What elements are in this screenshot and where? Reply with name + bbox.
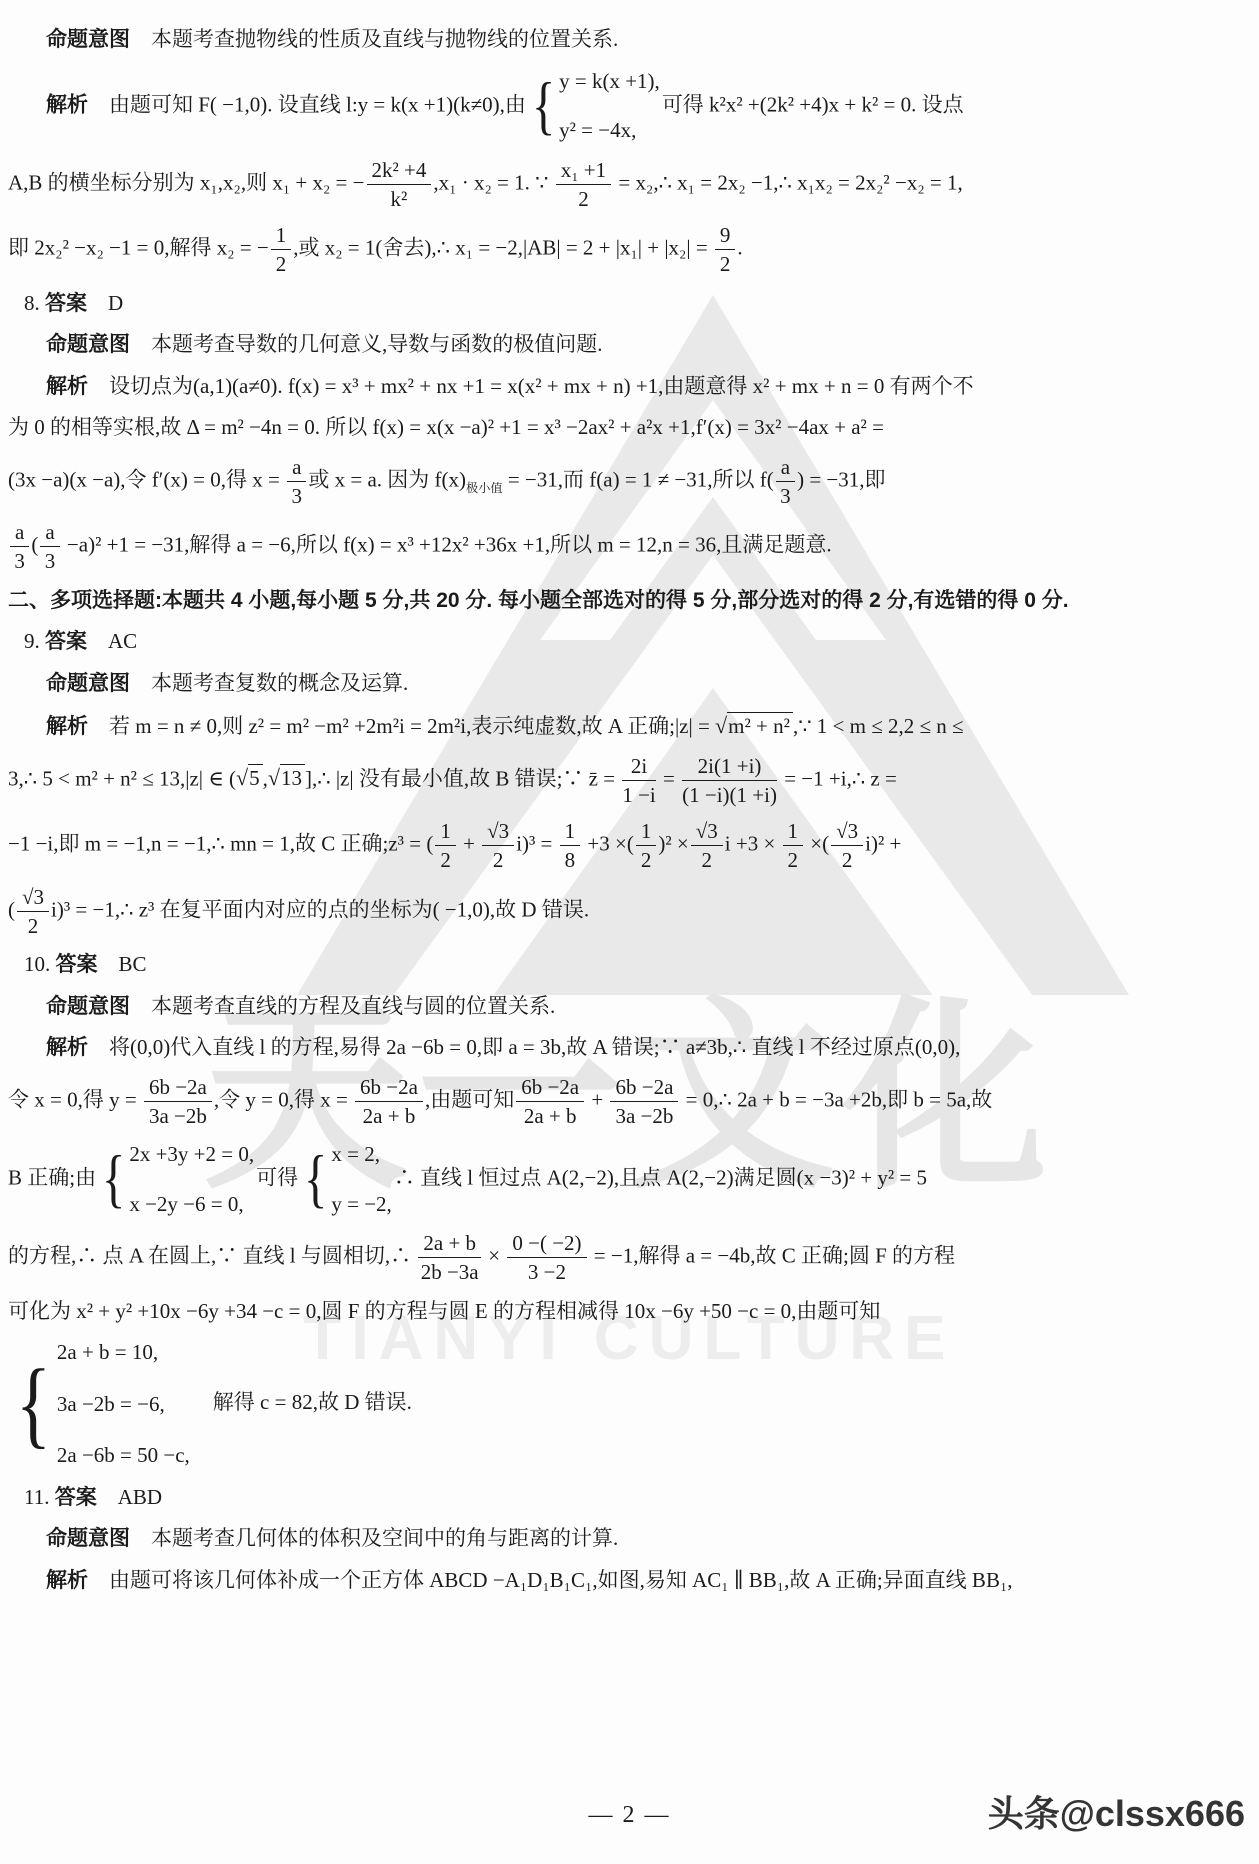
text-line: −1 −i,即 m = −1,n = −1,∴ mn = 1,故 C 正确;z³…: [8, 818, 1251, 874]
text-line: 命题意图 本题考查抛物线的性质及直线与抛物线的位置关系.: [8, 24, 1251, 56]
denominator: 3: [10, 547, 29, 574]
system-rows: x = 2,y = −2,: [331, 1139, 391, 1220]
text-segment: 即 2x₂² −x₂ −1 = 0,解得 x₂ = −: [8, 236, 269, 260]
text-segment: ABD: [97, 1485, 162, 1509]
text-segment: ],∴ |z| 没有最小值,故 B 错误;∵ z̄ =: [305, 766, 620, 790]
numerator: x₁ +1: [556, 157, 611, 185]
numerator: √3: [831, 818, 863, 846]
text-segment: 将(0,0)代入直线 l 的方程,易得 2a −6b = 0,即 a = 3b,…: [88, 1035, 960, 1059]
system-row: 2x +3y +2 = 0,: [129, 1139, 254, 1171]
text-segment: 由题可将该几何体补成一个正方体 ABCD −A₁D₁B₁C₁,如图,易知 AC₁…: [88, 1568, 1013, 1592]
fraction: 12: [781, 818, 806, 874]
equation-system: {x = 2,y = −2,: [300, 1139, 392, 1220]
numerator: 6b −2a: [516, 1074, 584, 1102]
text-line: 3,∴ 5 < m² + n² ≤ 13,|z| ∈ (√5,√13],∴ |z…: [8, 753, 1251, 809]
equation-system: {2x +3y +2 = 0,x −2y −6 = 0,: [98, 1139, 254, 1220]
system-rows: y = k(x +1),y² = −4x,: [559, 66, 660, 147]
text-line: 命题意图 本题考查导数的几何意义,导数与函数的极值问题.: [8, 329, 1251, 361]
system-row: x = 2,: [331, 1139, 391, 1171]
text-segment: ,x₁ · x₂ = 1. ∵: [433, 170, 553, 194]
system-row: 3a −2b = −6,: [57, 1389, 190, 1421]
brace-icon: {: [102, 1156, 125, 1203]
denominator: 3: [776, 482, 795, 509]
radical-icon: √: [236, 765, 248, 790]
text-line: 解析 若 m = n ≠ 0,则 z² = m² −m² +2m²i = 2m²…: [8, 709, 1251, 743]
text-segment: 本题考查抛物线的性质及直线与抛物线的位置关系.: [130, 27, 618, 51]
text-segment: i +3 ×: [725, 832, 781, 856]
numerator: a: [776, 454, 795, 482]
text-line: 令 x = 0,得 y = 6b −2a3a −2b,令 y = 0,得 x =…: [8, 1074, 1251, 1130]
subscript-label: 极小值: [466, 480, 503, 494]
denominator: 3a −2b: [610, 1102, 678, 1129]
text-segment: = 0,∴ 2a + b = −3a +2b,即 b = 5a,故: [680, 1087, 992, 1111]
numerator: a: [40, 519, 59, 547]
bold-label: 命题意图: [46, 672, 130, 695]
text-segment: 8.: [24, 291, 45, 315]
text-segment: = −31,而 f(a) = 1 ≠ −31,所以 f(: [503, 467, 774, 491]
text-line: {2a + b = 10,3a −2b = −6,2a −6b = 50 −c,…: [8, 1337, 1251, 1472]
numerator: 2a + b: [418, 1230, 481, 1258]
text-segment: 若 m = n ≠ 0,则 z² = m² −m² +2m²i = 2m²i,表…: [88, 714, 715, 738]
denominator: 2: [435, 846, 456, 873]
bold-label: 答案: [45, 630, 87, 653]
denominator: 8: [560, 846, 581, 873]
fraction: 2i(1 +i)(1 −i)(1 +i): [680, 753, 779, 809]
bold-label: 答案: [55, 1486, 97, 1509]
text-segment: 本题考查复数的概念及运算.: [130, 671, 408, 695]
fraction: 6b −2a3a −2b: [608, 1074, 680, 1130]
text-line: 命题意图 本题考查几何体的体积及空间中的角与距离的计算.: [8, 1523, 1251, 1555]
text-segment: 设切点为(a,1)(a≠0). f(x) = x³ + mx² + nx +1 …: [88, 374, 974, 398]
numerator: 1: [560, 818, 581, 846]
text-line: (√32i)³ = −1,∴ z³ 在复平面内对应的点的坐标为( −1,0),故…: [8, 884, 1251, 940]
bold-label: 二、多项选择题:本题共 4 小题,每小题 5 分,共 20 分. 每小题全部选对…: [8, 589, 1069, 612]
denominator: 2: [636, 846, 657, 873]
text-line: 为 0 的相等实根,故 Δ = m² −4n = 0. 所以 f(x) = x(…: [8, 412, 1251, 444]
denominator: 2: [715, 250, 736, 277]
system-row: 2a + b = 10,: [57, 1337, 190, 1369]
bold-label: 命题意图: [46, 1527, 130, 1550]
denominator: 3: [40, 547, 59, 574]
text-segment: =: [658, 766, 680, 790]
fraction: 12: [634, 818, 659, 874]
square-root: √13: [268, 761, 305, 795]
fraction: 12: [269, 222, 294, 278]
text-segment: ,∵ 1 < m ≤ 2,2 ≤ n ≤: [793, 714, 964, 738]
system-row: x −2y −6 = 0,: [129, 1189, 254, 1221]
bold-label: 解析: [46, 1569, 88, 1592]
text-segment: 为 0 的相等实根,故 Δ = m² −4n = 0. 所以 f(x) = x(…: [8, 415, 884, 439]
text-segment: +3 ×(: [582, 832, 634, 856]
numerator: a: [287, 454, 306, 482]
text-segment: )² ×: [658, 832, 688, 856]
system-row: y = k(x +1),: [559, 66, 660, 98]
text-segment: (3x −a)(x −a),令 f′(x) = 0,得 x =: [8, 467, 285, 491]
denominator: 3a −2b: [144, 1102, 212, 1129]
numerator: 1: [783, 818, 804, 846]
text-segment: ,令 y = 0,得 x =: [214, 1087, 353, 1111]
fraction: a3: [285, 454, 308, 510]
text-segment: ×: [483, 1244, 505, 1268]
radicand: 13: [280, 764, 305, 790]
fraction: 6b −2a3a −2b: [142, 1074, 214, 1130]
fraction: 18: [558, 818, 583, 874]
numerator: 0 −( −2): [507, 1230, 586, 1258]
doc-lines: 命题意图 本题考查抛物线的性质及直线与抛物线的位置关系.解析 由题可知 F( −…: [0, 0, 1259, 1596]
text-segment: .: [737, 236, 742, 260]
text-segment: ,由题可知: [425, 1087, 514, 1111]
denominator: 2: [17, 912, 49, 939]
text-segment: B 正确;由: [8, 1165, 96, 1189]
numerator: 6b −2a: [610, 1074, 678, 1102]
text-line: (3x −a)(x −a),令 f′(x) = 0,得 x = a3或 x = …: [8, 454, 1251, 510]
bold-label: 答案: [45, 292, 87, 315]
brace-icon: {: [304, 1156, 327, 1203]
denominator: 3: [287, 482, 306, 509]
numerator: 2i: [622, 753, 655, 781]
radical-icon: √: [715, 713, 727, 738]
system-row: y² = −4x,: [559, 115, 660, 147]
text-segment: (: [8, 897, 15, 921]
denominator: 2: [691, 846, 723, 873]
text-line: 解析 由题可将该几何体补成一个正方体 ABCD −A₁D₁B₁C₁,如图,易知 …: [8, 1565, 1251, 1597]
fraction: x₁ +12: [554, 157, 613, 213]
bold-label: 解析: [46, 375, 88, 398]
equation-system: {y = k(x +1),y² = −4x,: [528, 66, 660, 147]
fraction: a3: [38, 519, 61, 575]
fraction: √32: [829, 818, 865, 874]
text-line: 即 2x₂² −x₂ −1 = 0,解得 x₂ = −12,或 x₂ = 1(舍…: [8, 222, 1251, 278]
system-row: y = −2,: [331, 1189, 391, 1221]
system-rows: 2a + b = 10,3a −2b = −6,2a −6b = 50 −c,: [57, 1337, 190, 1472]
text-segment: A,B 的横坐标分别为 x₁,x₂,则 x₁ + x₂ = −: [8, 170, 365, 194]
text-line: A,B 的横坐标分别为 x₁,x₂,则 x₁ + x₂ = −2k² +4k²,…: [8, 157, 1251, 213]
fraction: 2a + b2b −3a: [416, 1230, 483, 1286]
numerator: 6b −2a: [144, 1074, 212, 1102]
text-segment: 令 x = 0,得 y =: [8, 1087, 142, 1111]
text-line: 命题意图 本题考查复数的概念及运算.: [8, 668, 1251, 700]
text-segment: = −1,解得 a = −4b,故 C 正确;圆 F 的方程: [589, 1244, 955, 1268]
brace-icon: {: [16, 1369, 51, 1439]
text-segment: BC: [98, 952, 147, 976]
numerator: 1: [435, 818, 456, 846]
text-segment: i)³ =: [516, 832, 557, 856]
fraction: 6b −2a2a + b: [514, 1074, 586, 1130]
text-segment: 可得: [256, 1165, 298, 1189]
denominator: 2: [556, 185, 611, 212]
fraction: a3: [774, 454, 797, 510]
text-segment: i)² +: [865, 832, 901, 856]
text-line: a3(a3 −a)² +1 = −31,解得 a = −6,所以 f(x) = …: [8, 519, 1251, 575]
numerator: √3: [482, 818, 514, 846]
fraction: 6b −2a2a + b: [353, 1074, 425, 1130]
radicand: m² + n²: [727, 712, 793, 738]
text-segment: 3,∴ 5 < m² + n² ≤ 13,|z| ∈ (: [8, 766, 236, 790]
text-segment: 或 x = a. 因为 f(x): [308, 467, 466, 491]
bold-label: 解析: [46, 1036, 88, 1059]
square-root: √5: [236, 761, 263, 795]
text-segment: 的方程,∴ 点 A 在圆上,∵ 直线 l 与圆相切,∴: [8, 1244, 416, 1268]
text-segment: ∴ 直线 l 恒过点 A(2,−2),且点 A(2,−2)满足圆(x −3)² …: [394, 1165, 927, 1189]
text-segment: +: [458, 832, 480, 856]
text-line: 10. 答案 BC: [8, 949, 1251, 981]
text-segment: D: [87, 291, 123, 315]
text-segment: ,或 x₂ = 1(舍去),∴ x₁ = −2,|AB| = 2 + |x₁| …: [293, 236, 713, 260]
fraction: a3: [8, 519, 31, 575]
fraction: √32: [15, 884, 51, 940]
denominator: 2a + b: [516, 1102, 584, 1129]
text-segment: 可化为 x² + y² +10x −6y +34 −c = 0,圆 F 的方程与…: [8, 1299, 880, 1323]
denominator: 2b −3a: [418, 1258, 481, 1285]
text-segment: ) = −31,即: [797, 467, 885, 491]
bold-label: 答案: [56, 953, 98, 976]
bold-label: 命题意图: [46, 333, 130, 356]
fraction: 92: [713, 222, 738, 278]
text-segment: 解得 c = 82,故 D 错误.: [192, 1390, 412, 1414]
text-segment: 本题考查直线的方程及直线与圆的位置关系.: [130, 994, 555, 1018]
text-line: 命题意图 本题考查直线的方程及直线与圆的位置关系.: [8, 991, 1251, 1023]
text-segment: = x₂,∴ x₁ = 2x₂ −1,∴ x₁x₂ = 2x₂² −x₂ = 1…: [613, 170, 963, 194]
fraction: 0 −( −2)3 −2: [505, 1230, 588, 1286]
equation-system: {2a + b = 10,3a −2b = −6,2a −6b = 50 −c,: [10, 1337, 190, 1472]
text-line: 解析 设切点为(a,1)(a≠0). f(x) = x³ + mx² + nx …: [8, 371, 1251, 403]
text-line: 9. 答案 AC: [8, 626, 1251, 658]
bold-label: 命题意图: [46, 995, 130, 1018]
text-segment: 10.: [24, 952, 56, 976]
radical-icon: √: [268, 765, 280, 790]
denominator: 2: [482, 846, 514, 873]
text-segment: = −1 +i,∴ z =: [779, 766, 897, 790]
numerator: 1: [271, 222, 292, 250]
numerator: a: [10, 519, 29, 547]
bold-label: 解析: [46, 93, 88, 116]
denominator: 2: [783, 846, 804, 873]
denominator: 2: [831, 846, 863, 873]
numerator: √3: [691, 818, 723, 846]
text-segment: 本题考查几何体的体积及空间中的角与距离的计算.: [130, 1526, 618, 1550]
fraction: √32: [480, 818, 516, 874]
text-segment: 9.: [24, 629, 45, 653]
system-rows: 2x +3y +2 = 0,x −2y −6 = 0,: [129, 1139, 254, 1220]
radicand: 5: [248, 764, 263, 790]
fraction: √32: [689, 818, 725, 874]
text-line: 的方程,∴ 点 A 在圆上,∵ 直线 l 与圆相切,∴ 2a + b2b −3a…: [8, 1230, 1251, 1286]
text-line: 可化为 x² + y² +10x −6y +34 −c = 0,圆 F 的方程与…: [8, 1296, 1251, 1328]
social-watermark: 头条@clssx666: [988, 1786, 1245, 1837]
text-line: 解析 由题可知 F( −1,0). 设直线 l:y = k(x +1)(k≠0)…: [8, 66, 1251, 147]
denominator: 1 −i: [622, 781, 655, 808]
system-row: 2a −6b = 50 −c,: [57, 1440, 190, 1472]
text-line: 二、多项选择题:本题共 4 小题,每小题 5 分,共 20 分. 每小题全部选对…: [8, 585, 1251, 617]
numerator: 9: [715, 222, 736, 250]
text-segment: 可得 k²x² +(2k² +4)x + k² = 0. 设点: [662, 92, 964, 116]
bold-label: 解析: [46, 715, 88, 738]
numerator: √3: [17, 884, 49, 912]
text-line: 解析 将(0,0)代入直线 l 的方程,易得 2a −6b = 0,即 a = …: [8, 1032, 1251, 1064]
text-segment: i)³ = −1,∴ z³ 在复平面内对应的点的坐标为( −1,0),故 D 错…: [51, 897, 589, 921]
text-line: B 正确;由{2x +3y +2 = 0,x −2y −6 = 0,可得{x =…: [8, 1139, 1251, 1220]
text-segment: −1 −i,即 m = −1,n = −1,∴ mn = 1,故 C 正确;z³…: [8, 832, 433, 856]
text-segment: ×(: [805, 832, 829, 856]
square-root: √m² + n²: [715, 709, 793, 743]
bold-label: 命题意图: [46, 28, 130, 51]
denominator: (1 −i)(1 +i): [682, 781, 777, 808]
text-segment: +: [586, 1087, 608, 1111]
denominator: 2a + b: [355, 1102, 423, 1129]
denominator: k²: [367, 185, 432, 212]
text-segment: 11.: [24, 1485, 55, 1509]
denominator: 3 −2: [507, 1258, 586, 1285]
fraction: 2k² +4k²: [365, 157, 434, 213]
numerator: 6b −2a: [355, 1074, 423, 1102]
denominator: 2: [271, 250, 292, 277]
numerator: 1: [636, 818, 657, 846]
numerator: 2i(1 +i): [682, 753, 777, 781]
text-segment: (: [31, 533, 38, 557]
text-segment: AC: [87, 629, 137, 653]
page: 天一文化 TIANYI CULTURE 命题意图 本题考查抛物线的性质及直线与抛…: [0, 0, 1259, 1864]
text-line: 8. 答案 D: [8, 288, 1251, 320]
numerator: 2k² +4: [367, 157, 432, 185]
text-segment: 本题考查导数的几何意义,导数与函数的极值问题.: [130, 332, 603, 356]
brace-icon: {: [532, 83, 555, 130]
text-segment: −a)² +1 = −31,解得 a = −6,所以 f(x) = x³ +12…: [62, 533, 832, 557]
text-line: 11. 答案 ABD: [8, 1482, 1251, 1514]
text-segment: 由题可知 F( −1,0). 设直线 l:y = k(x +1)(k≠0),由: [88, 92, 526, 116]
fraction: 2i1 −i: [620, 753, 657, 809]
fraction: 12: [433, 818, 458, 874]
